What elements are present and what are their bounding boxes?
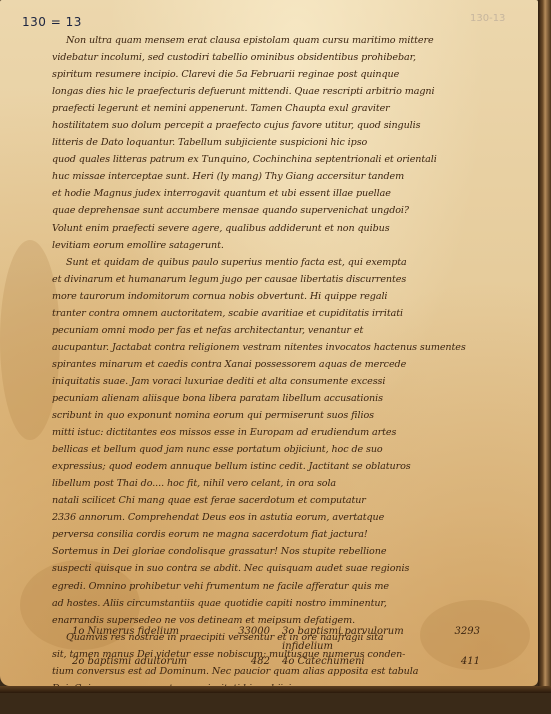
tally-label: 4o Catechumeni	[282, 654, 365, 669]
tally-entry-baptismi-adultorum: 2o baptismi adultorum 482	[72, 654, 282, 669]
tally-label: 1o Numerus fidelium	[72, 624, 179, 654]
statistics-tally: 1o Numerus fidelium 33000 3o baptismi pa…	[72, 624, 492, 669]
tally-value: 411	[461, 654, 480, 669]
text-line: Sortemus in Dei gloriae condolisque gras…	[52, 543, 522, 560]
text-line: longas dies hic le praefecturis defuerun…	[52, 83, 522, 100]
text-line: 2336 annorum. Comprehendat Deus eos in a…	[52, 509, 522, 526]
text-line: more taurorum indomitorum cornua nobis o…	[52, 288, 522, 305]
tally-entry-baptismi-parvulorum: 3o baptismi parvulorum infidelium 3293	[282, 624, 492, 654]
tally-value: 482	[251, 654, 270, 669]
text-line: et hodie Magnus judex interrogavit quant…	[52, 185, 522, 202]
text-line: hostilitatem suo dolum percepit a praefe…	[52, 117, 522, 134]
text-line: praefecti legerunt et nemini appenerunt.…	[52, 100, 522, 117]
text-line: pecuniam omni modo per fas et nefas arch…	[52, 322, 522, 339]
tally-row: 1o Numerus fidelium 33000 3o baptismi pa…	[72, 624, 492, 654]
archive-stamp: 130-13	[470, 13, 505, 24]
tally-value: 33000	[238, 624, 270, 654]
text-line: Volunt enim praefecti severe agere, qual…	[52, 220, 522, 237]
manuscript-page: 130 = 13 130-13 Non ultra quam mensem er…	[0, 0, 538, 686]
text-line: spiritum resumere incipio. Clarevi die 5…	[52, 66, 522, 83]
text-line: quae deprehensae sunt accumbere mensae q…	[52, 202, 522, 219]
text-line: quod quales litteras patrum ex Tunquino,…	[52, 151, 522, 168]
text-line: natali scilicet Chi mang quae est ferae …	[52, 492, 522, 509]
tally-entry-fideles: 1o Numerus fidelium 33000	[72, 624, 282, 654]
text-line: et divinarum et humanarum legum jugo per…	[52, 271, 522, 288]
text-line: mitti istuc: dictitantes eos missos esse…	[52, 424, 522, 441]
text-line: iniquitatis suae. Jam voraci luxuriae de…	[52, 373, 522, 390]
text-line: bellicas et bellum quod jam nunc esse po…	[52, 441, 522, 458]
text-line: Sunt et quidam de quibus paulo superius …	[52, 254, 522, 271]
paper-stain	[0, 240, 60, 440]
text-line: libellum post Thai do.... hoc fit, nihil…	[52, 475, 522, 492]
text-line: ad hostes. Aliis circumstantiis quae quo…	[52, 595, 522, 612]
tally-entry-catechumeni: 4o Catechumeni 411	[282, 654, 492, 669]
text-line: levitiam eorum emollire satagerunt.	[52, 237, 522, 254]
tally-value: 3293	[455, 624, 480, 654]
text-line: litteris de Dato loquantur. Tabellum sub…	[52, 134, 522, 151]
text-line: egredi. Omnino prohibetur vehi frumentum…	[52, 578, 522, 595]
manuscript-body: Non ultra quam mensem erat clausa episto…	[52, 32, 522, 693]
text-line: scribunt in quo exponunt nomina eorum qu…	[52, 407, 522, 424]
text-line: expressius; quod eodem annuque bellum is…	[52, 458, 522, 475]
book-binding-edge	[538, 0, 551, 693]
tally-label: 2o baptismi adultorum	[72, 654, 187, 669]
page-bottom-edge	[0, 686, 551, 693]
text-line: suspecti quisque in suo contra se abdit.…	[52, 560, 522, 577]
text-line: spirantes minarum et caedis contra Xanai…	[52, 356, 522, 373]
tally-row: 2o baptismi adultorum 482 4o Catechumeni…	[72, 654, 492, 669]
text-line: perversa consilia cordis eorum ne magna …	[52, 526, 522, 543]
text-line: Non ultra quam mensem erat clausa episto…	[52, 32, 522, 49]
folio-number: 130 = 13	[22, 15, 82, 29]
text-line: aucupantur. Jactabat contra religionem v…	[52, 339, 522, 356]
text-line: videbatur incolumi, sed custodiri tabell…	[52, 49, 522, 66]
text-line: huc missae interceptae sunt. Heri (ly ma…	[52, 168, 522, 185]
tally-label: 3o baptismi parvulorum infidelium	[282, 624, 455, 654]
text-line: pecuniam alienam aliisque bona libera pa…	[52, 390, 522, 407]
text-line: tranter contra omnem auctoritatem, scabi…	[52, 305, 522, 322]
